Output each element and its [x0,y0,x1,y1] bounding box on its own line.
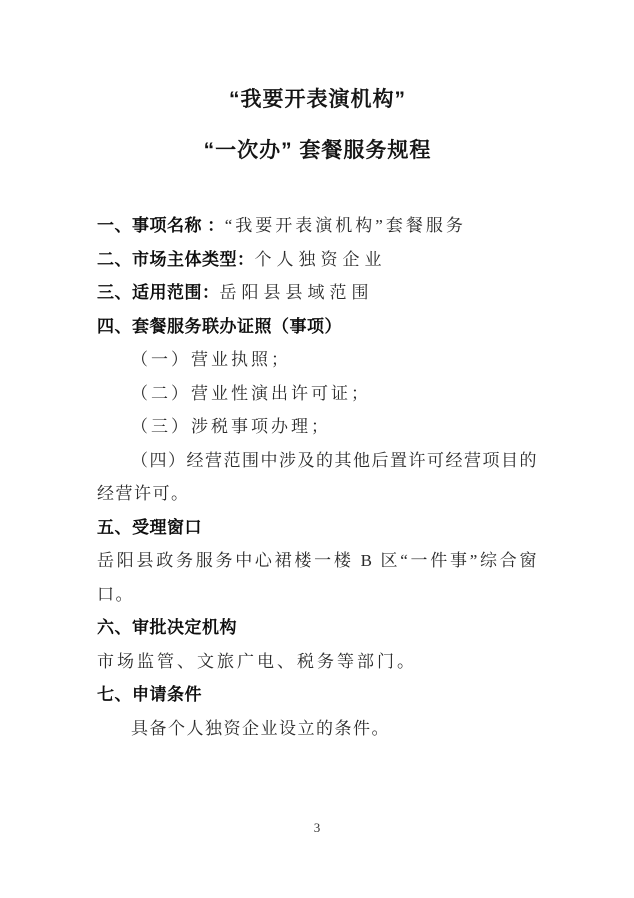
para-entity-type: 二、市场主体类型：个人独资企业 [97,243,538,277]
section-value-3: 岳阳县县域范围 [220,283,374,302]
para-scope: 三、适用范围：岳阳县县域范围 [97,276,538,310]
section-label-4: 四、套餐服务联办证照（事项） [97,317,342,336]
para-license-2: （二）营业性演出许可证； [97,377,538,411]
document-title-line1: “我要开表演机构” [97,87,538,113]
document-body: 一、事项名称 ：“我要开表演机构”套餐服务 二、市场主体类型：个人独资企业 三、… [97,209,538,745]
section-value-2: 个人独资企业 [255,250,387,269]
document-page: “我要开表演机构” “一次办” 套餐服务规程 一、事项名称 ：“我要开表演机构”… [0,0,634,898]
section-label-1: 一、事项名称 ： [97,216,225,235]
para-authority-heading: 六、审批决定机构 [97,611,538,645]
section-label-3: 三、适用范围： [97,283,220,302]
section-label-7: 七、申请条件 [97,685,202,704]
para-licenses-heading: 四、套餐服务联办证照（事项） [97,310,538,344]
para-conditions-heading: 七、申请条件 [97,678,538,712]
page-number: 3 [0,820,634,836]
section-label-5: 五、受理窗口 [97,518,202,537]
conditions-text: 具备个人独资企业设立的条件。 [131,719,390,738]
license-item-1: （一）营业执照； [131,350,291,369]
document-title-line2: “一次办” 套餐服务规程 [97,138,538,164]
para-license-1: （一）营业执照； [97,343,538,377]
para-conditions-text: 具备个人独资企业设立的条件。 [97,712,538,746]
license-item-4: （四）经营范围中涉及的其他后置许可经营项目的经营许可。 [97,451,538,504]
para-license-4: （四）经营范围中涉及的其他后置许可经营项目的经营许可。 [97,444,538,511]
section-label-2: 二、市场主体类型： [97,250,255,269]
para-license-3: （三）涉税事项办理； [97,410,538,444]
para-window-text: 岳阳县政务服务中心裙楼一楼 B 区“一件事”综合窗口。 [97,544,538,611]
window-text: 岳阳县政务服务中心裙楼一楼 B 区“一件事”综合窗口。 [97,551,538,604]
para-item-name: 一、事项名称 ：“我要开表演机构”套餐服务 [97,209,538,243]
section-label-6: 六、审批决定机构 [97,618,237,637]
license-item-3: （三）涉税事项办理； [131,417,331,436]
para-authority-text: 市场监管、文旅广电、税务等部门。 [97,645,538,679]
license-item-2: （二）营业性演出许可证； [131,384,371,403]
section-value-1: “我要开表演机构”套餐服务 [225,216,466,235]
para-window-heading: 五、受理窗口 [97,511,538,545]
authority-text: 市场监管、文旅广电、税务等部门。 [97,652,417,671]
